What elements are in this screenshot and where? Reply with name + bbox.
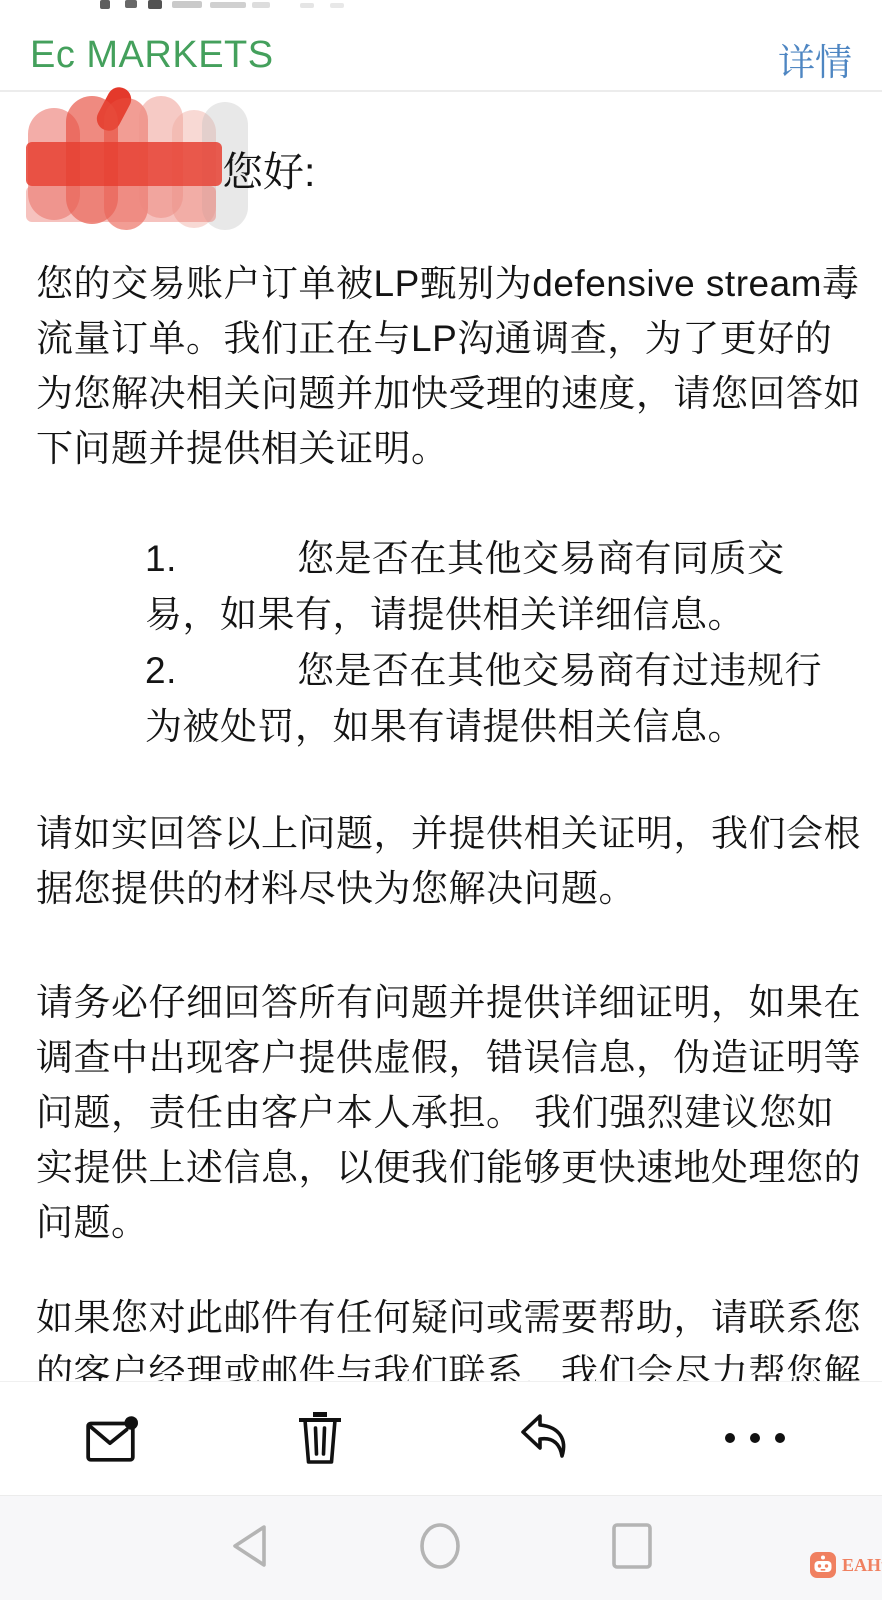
list-item-text: 您是否在其他交易商有同质交: [297, 538, 785, 579]
back-triangle-icon: [228, 1522, 272, 1570]
body-line: 调查中出现客户提供虚假，错误信息，伪造证明等: [36, 1030, 861, 1085]
clipped-text-remnant: [148, 0, 162, 9]
clipped-text-remnant: [330, 3, 344, 8]
body-line: 问题。: [36, 1195, 861, 1250]
watermark-label: EAHub: [842, 1555, 882, 1576]
robot-icon: [810, 1552, 836, 1578]
email-header: Ec MARKETS 详情: [0, 12, 882, 90]
sender-name: Ec MARKETS: [30, 34, 274, 77]
body-line: 如果您对此邮件有任何疑问或需要帮助，请联系您: [36, 1290, 861, 1345]
trash-icon: [295, 1410, 345, 1466]
paragraph-1: 您的交易账户订单被LP甄别为defensive stream毒 流量订单。我们正…: [36, 256, 861, 476]
body-line: 下问题并提供相关证明。: [36, 421, 861, 476]
paragraph-3: 请务必仔细回答所有问题并提供详细证明，如果在 调查中出现客户提供虚假，错误信息，…: [36, 975, 861, 1250]
redaction-scribble: [24, 86, 254, 232]
clipped-text-remnant: [300, 3, 314, 8]
list-item-text: 您是否在其他交易商有过违规行: [297, 650, 822, 691]
watermark: EAHub: [810, 1552, 882, 1578]
recents-square-icon: [610, 1521, 654, 1571]
body-line: 您的交易账户订单被LP甄别为defensive stream毒: [36, 256, 861, 311]
mail-unread-icon: [84, 1411, 138, 1465]
android-nav-bar: [0, 1495, 882, 1600]
email-body[interactable]: 您好: 您的交易账户订单被LP甄别为defensive stream毒 流量订单…: [0, 92, 882, 1381]
details-link[interactable]: 详情: [778, 32, 852, 86]
clipped-text-remnant: [125, 0, 137, 8]
body-line: 请如实回答以上问题，并提供相关证明，我们会根: [36, 806, 861, 861]
clipped-text-remnant: [252, 2, 270, 8]
more-dots-icon: [720, 1429, 790, 1447]
greeting-text: 您好:: [222, 142, 315, 202]
numbered-question-list: 1.您是否在其他交易商有同质交 易，如果有，请提供相关详细信息。 2.您是否在其…: [145, 531, 822, 755]
list-item-line: 1.您是否在其他交易商有同质交: [145, 531, 822, 587]
nav-home-button[interactable]: [415, 1521, 465, 1571]
body-line: 问题，责任由客户本人承担。 我们强烈建议您如: [36, 1085, 861, 1140]
list-item-number: 2.: [145, 643, 297, 699]
nav-back-button[interactable]: [225, 1521, 275, 1571]
nav-recents-button[interactable]: [607, 1521, 657, 1571]
body-line: 请务必仔细回答所有问题并提供详细证明，如果在: [36, 975, 861, 1030]
body-line: 实提供上述信息，以便我们能够更快速地处理您的: [36, 1140, 861, 1195]
clipped-text-remnant: [100, 0, 110, 9]
home-circle-icon: [418, 1521, 462, 1571]
paragraph-2: 请如实回答以上问题，并提供相关证明，我们会根 据您提供的材料尽快为您解决问题。: [36, 806, 861, 916]
reply-button[interactable]: [511, 1388, 581, 1488]
body-line: 为您解决相关问题并加快受理的速度，请您回答如: [36, 366, 861, 421]
clipped-text-remnant: [172, 1, 202, 8]
list-item-line: 易，如果有，请提供相关详细信息。: [145, 587, 822, 643]
list-item-line: 为被处罚，如果有请提供相关信息。: [145, 699, 822, 755]
list-item-number: 1.: [145, 531, 297, 587]
mark-unread-button[interactable]: [76, 1388, 146, 1488]
reply-icon: [517, 1411, 575, 1465]
email-app-screen: Ec MARKETS 详情 您好: 您的交易账户订单被LP甄别为defensiv…: [0, 0, 882, 1600]
body-line: 流量订单。我们正在与LP沟通调查，为了更好的: [36, 311, 861, 366]
bottom-toolbar: [0, 1381, 882, 1495]
list-item-line: 2.您是否在其他交易商有过违规行: [145, 643, 822, 699]
delete-button[interactable]: [285, 1388, 355, 1488]
more-options-button[interactable]: [720, 1388, 790, 1488]
clipped-text-remnant: [210, 2, 246, 8]
body-line: 据您提供的材料尽快为您解决问题。: [36, 861, 861, 916]
